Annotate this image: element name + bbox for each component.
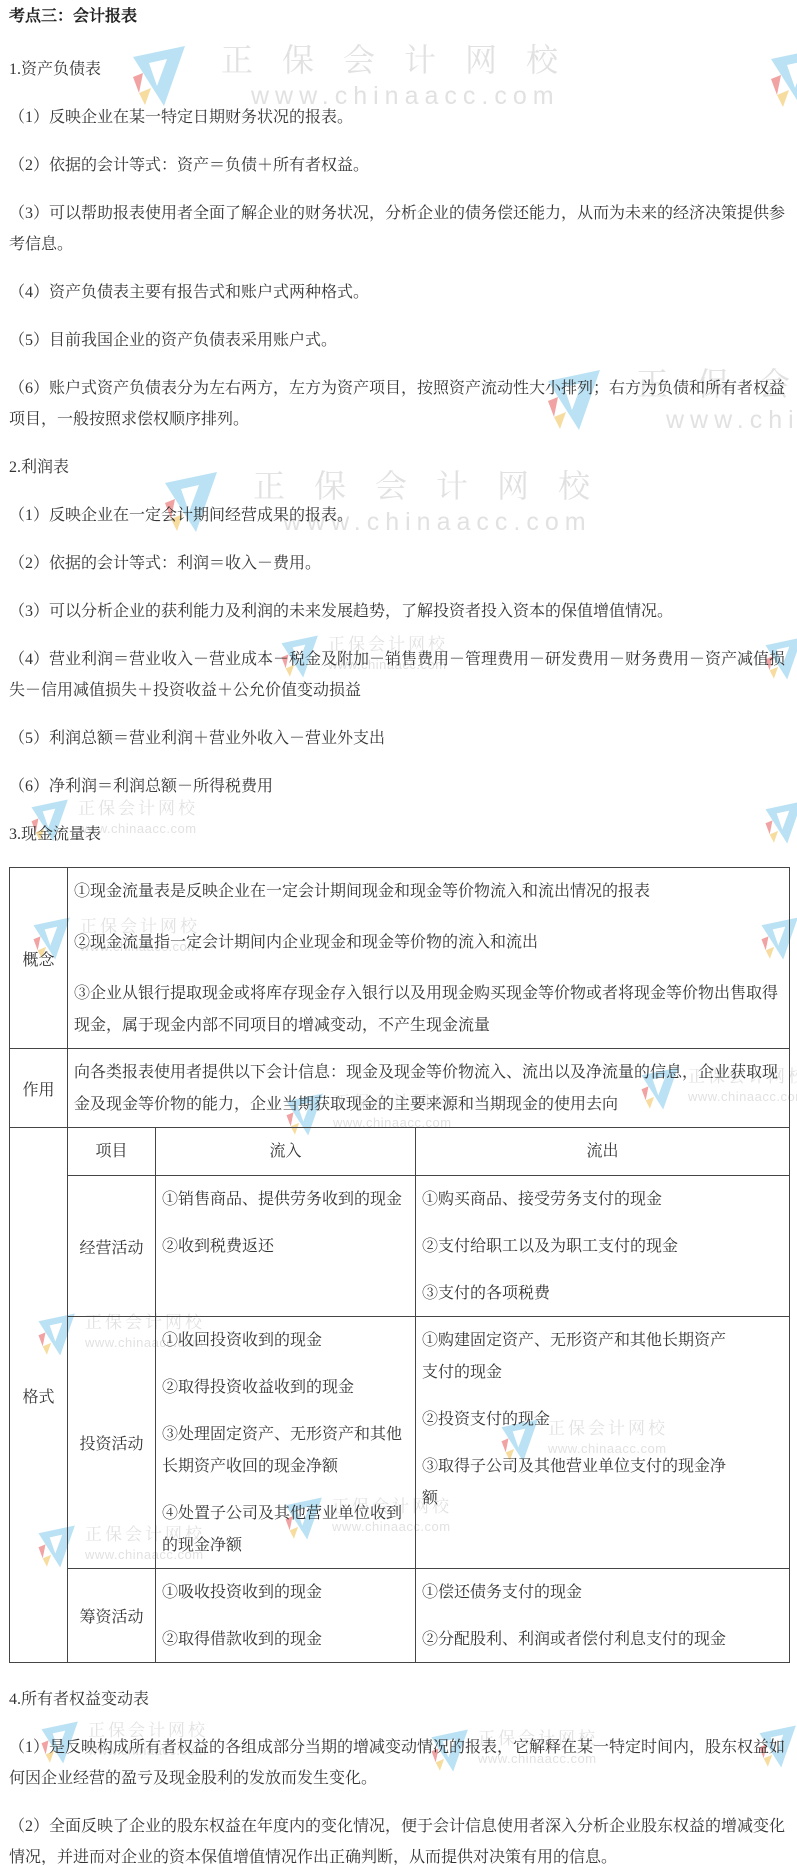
paragraph: （6）净利润＝利润总额－所得税费用: [9, 771, 789, 802]
paragraph: （6）账户式资产负债表分为左右两方，左方为资产项目，按照资产流动性大小排列；右方…: [9, 373, 789, 435]
activity-label: 投资活动: [68, 1317, 156, 1569]
paragraph: （3）可以帮助报表使用者全面了解企业的财务状况，分析企业的债务偿还能力，从而为未…: [9, 198, 789, 260]
table-row-operating-activities: 经营活动 ①销售商品、提供劳务收到的现金 ②收到税费返还 ①购买商品、接受劳务支…: [10, 1176, 790, 1317]
paragraph: （1）反映企业在一定会计期间经营成果的报表。: [9, 500, 789, 531]
inflow-item: ④处置子公司及其他营业单位收到的现金净额: [162, 1498, 409, 1562]
paragraph: （2）全面反映了企业的股东权益在年度内的变化情况，便于会计信息使用者深入分析企业…: [9, 1811, 789, 1865]
inflow-item: ①收回投资收到的现金: [162, 1325, 409, 1357]
outflow-item: ③取得子公司及其他营业单位支付的现金净额: [422, 1451, 733, 1515]
section-heading-equity-change-statement: 4.所有者权益变动表: [9, 1684, 789, 1715]
outflow-cell: ①购买商品、接受劳务支付的现金 ②支付给职工以及为职工支付的现金 ③支付的各项税…: [416, 1176, 790, 1317]
table-row: 概念 ①现金流量表是反映企业在一定会计期间现金和现金等价物流入和流出情况的报表 …: [10, 868, 790, 1049]
row-label-function: 作用: [10, 1049, 68, 1128]
paragraph: （2）依据的会计等式：资产＝负债＋所有者权益。: [9, 150, 789, 181]
inflow-item: ①吸收投资收到的现金: [162, 1577, 409, 1609]
section-heading-cash-flow-statement: 3.现金流量表: [9, 819, 789, 850]
concept-item: ③企业从银行提取现金或将库存现金存入银行以及用现金购买现金等价物或者将现金等价物…: [74, 978, 783, 1042]
paragraph: （2）依据的会计等式：利润＝收入－费用。: [9, 548, 789, 579]
outflow-cell: ①偿还债务支付的现金 ②分配股利、利润或者偿付利息支付的现金: [416, 1569, 790, 1663]
table-row: 作用 向各类报表使用者提供以下会计信息：现金及现金等价物流入、流出以及净流量的信…: [10, 1049, 790, 1128]
outflow-cell: ①购建固定资产、无形资产和其他长期资产支付的现金 ②投资支付的现金 ③取得子公司…: [416, 1317, 790, 1569]
table-row-financing-activities: 筹资活动 ①吸收投资收到的现金 ②取得借款收到的现金 ①偿还债务支付的现金 ②分…: [10, 1569, 790, 1663]
table-row: 格式 项目 流入 流出: [10, 1128, 790, 1176]
paragraph: （5）目前我国企业的资产负债表采用账户式。: [9, 325, 789, 356]
activity-label: 筹资活动: [68, 1569, 156, 1663]
paragraph: （3）可以分析企业的获利能力及利润的未来发展趋势，了解投资者投入资本的保值增值情…: [9, 596, 789, 627]
paragraph: （1）反映企业在某一特定日期财务状况的报表。: [9, 102, 789, 133]
paragraph: （4）资产负债表主要有报告式和账户式两种格式。: [9, 277, 789, 308]
inflow-item: ②收到税费返还: [162, 1231, 409, 1263]
row-label-concept: 概念: [10, 868, 68, 1049]
row-label-format: 格式: [10, 1128, 68, 1663]
outflow-item: ①购买商品、接受劳务支付的现金: [422, 1184, 733, 1216]
outflow-item: ②支付给职工以及为职工支付的现金: [422, 1231, 733, 1263]
inflow-cell: ①吸收投资收到的现金 ②取得借款收到的现金: [156, 1569, 416, 1663]
inflow-cell: ①销售商品、提供劳务收到的现金 ②收到税费返还: [156, 1176, 416, 1317]
inflow-item: ③处理固定资产、无形资产和其他长期资产收回的现金净额: [162, 1419, 409, 1483]
concept-item: ②现金流量指一定会计期间内企业现金和现金等价物的流入和流出: [74, 927, 783, 959]
inflow-cell: ①收回投资收到的现金 ②取得投资收益收到的现金 ③处理固定资产、无形资产和其他长…: [156, 1317, 416, 1569]
concept-item: ①现金流量表是反映企业在一定会计期间现金和现金等价物流入和流出情况的报表: [74, 876, 783, 908]
function-cell: 向各类报表使用者提供以下会计信息：现金及现金等价物流入、流出以及净流量的信息，企…: [68, 1049, 790, 1128]
col-header-item: 项目: [68, 1128, 156, 1176]
outflow-item: ①购建固定资产、无形资产和其他长期资产支付的现金: [422, 1325, 733, 1389]
section-heading-income-statement: 2.利润表: [9, 452, 789, 483]
document-body: 考点三：会计报表 1.资产负债表 （1）反映企业在某一特定日期财务状况的报表。 …: [0, 0, 797, 1865]
cash-flow-table: 概念 ①现金流量表是反映企业在一定会计期间现金和现金等价物流入和流出情况的报表 …: [9, 867, 790, 1663]
function-text: 向各类报表使用者提供以下会计信息：现金及现金等价物流入、流出以及净流量的信息，企…: [74, 1057, 783, 1125]
col-header-inflow: 流入: [156, 1128, 416, 1176]
col-header-outflow: 流出: [416, 1128, 790, 1176]
inflow-item: ①销售商品、提供劳务收到的现金: [162, 1184, 409, 1216]
section-heading-balance-sheet: 1.资产负债表: [9, 54, 789, 85]
concept-cell: ①现金流量表是反映企业在一定会计期间现金和现金等价物流入和流出情况的报表 ②现金…: [68, 868, 790, 1049]
outflow-item: ②投资支付的现金: [422, 1404, 733, 1436]
paragraph: （4）营业利润＝营业收入－营业成本－税金及附加－销售费用－管理费用－研发费用－财…: [9, 644, 789, 706]
outflow-item: ②分配股利、利润或者偿付利息支付的现金: [422, 1624, 733, 1656]
outflow-item: ③支付的各项税费: [422, 1278, 733, 1310]
paragraph: （1）是反映构成所有者权益的各组成部分当期的增减变动情况的报表，它解释在某一特定…: [9, 1732, 789, 1794]
inflow-item: ②取得借款收到的现金: [162, 1624, 409, 1656]
page-title: 考点三：会计报表: [9, 6, 789, 28]
inflow-item: ②取得投资收益收到的现金: [162, 1372, 409, 1404]
outflow-item: ①偿还债务支付的现金: [422, 1577, 733, 1609]
paragraph: （5）利润总额＝营业利润＋营业外收入－营业外支出: [9, 723, 789, 754]
table-row-investing-activities: 投资活动 ①收回投资收到的现金 ②取得投资收益收到的现金 ③处理固定资产、无形资…: [10, 1317, 790, 1569]
activity-label: 经营活动: [68, 1176, 156, 1317]
